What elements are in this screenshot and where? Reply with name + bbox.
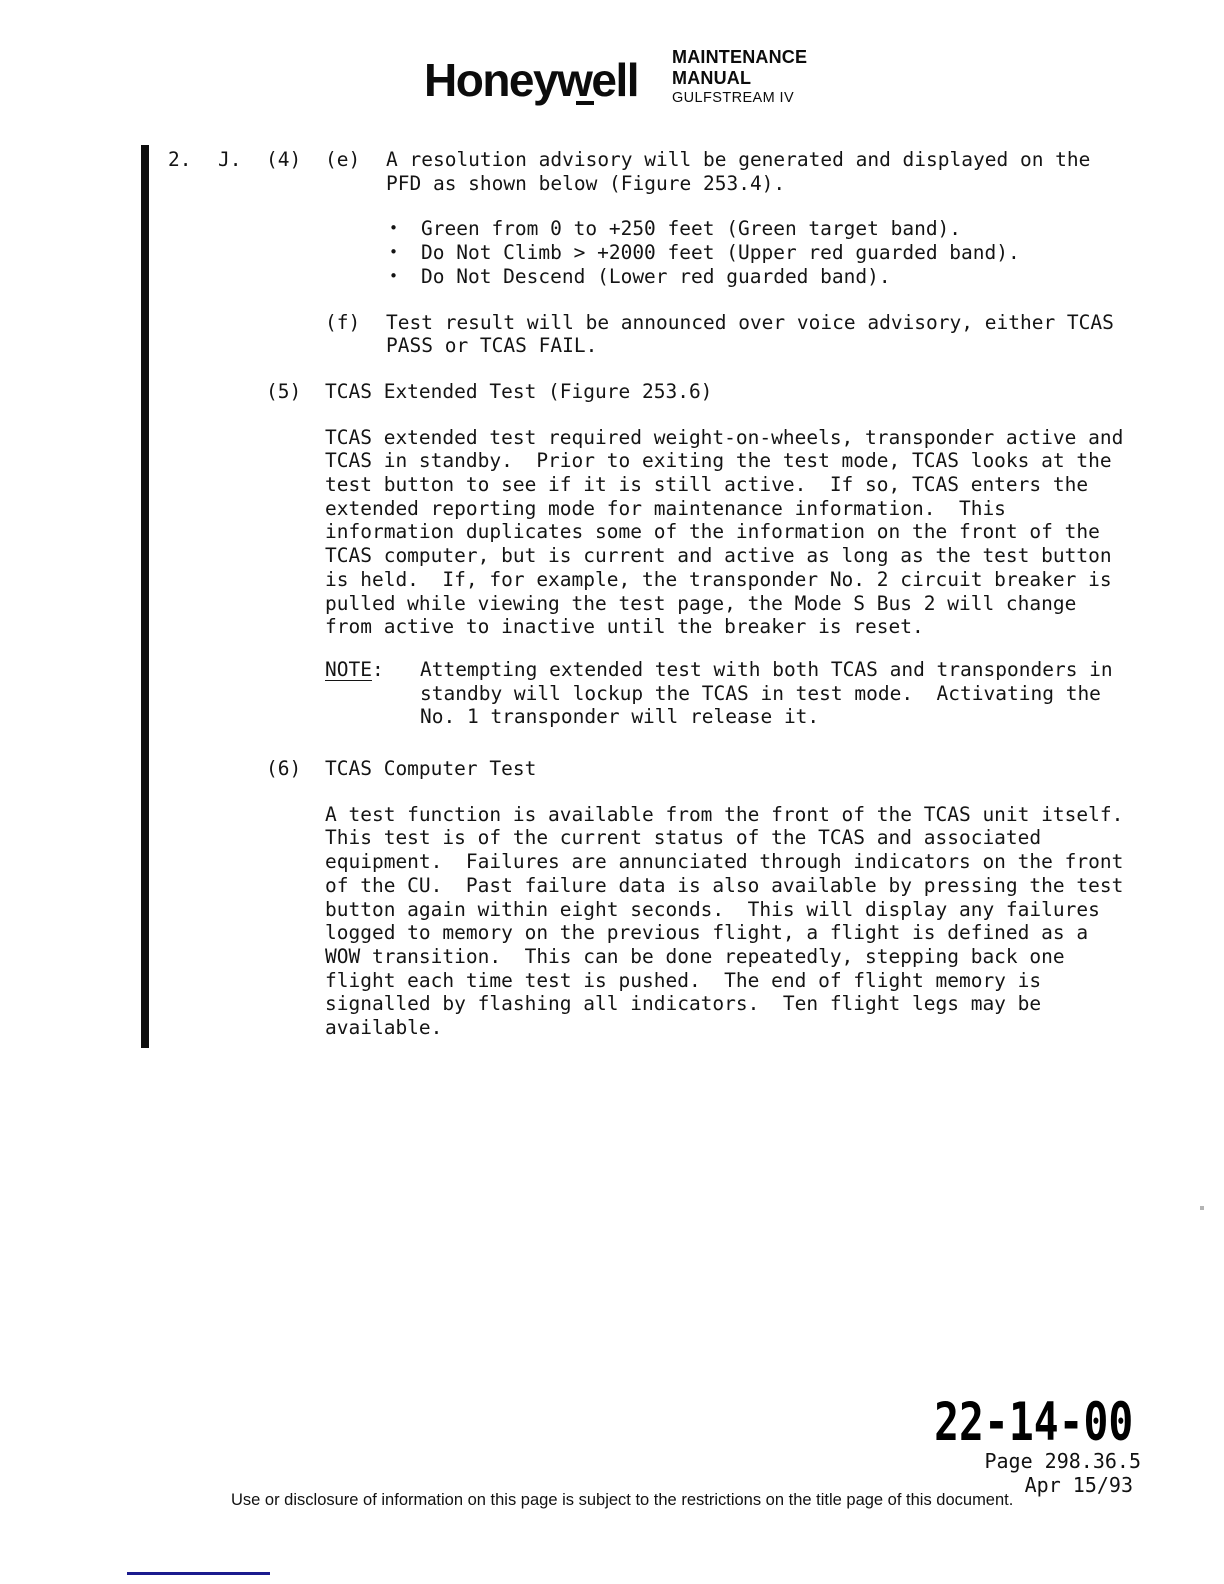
section-5-label: (5) <box>266 380 325 404</box>
note-label: NOTE: <box>325 658 420 729</box>
item-f-row: (f) Test result will be announced over v… <box>0 311 1224 358</box>
sub-item-e-text: A resolution advisory will be generated … <box>386 148 1090 195</box>
section-5-title: TCAS Extended Test (Figure 253.6) <box>325 380 712 404</box>
revision-date: Apr 15/93 <box>1025 1474 1133 1497</box>
disclosure-notice: Use or disclosure of information on this… <box>231 1491 1013 1510</box>
section-6-body: A test function is available from the fr… <box>325 803 1145 1040</box>
section-6-label: (6) <box>266 757 325 781</box>
scan-artifact-dot <box>1200 1206 1204 1210</box>
list-item: • Green from 0 to +250 feet (Green targe… <box>386 217 1224 241</box>
bullet-text: Do Not Climb > +2000 feet (Upper red gua… <box>421 241 1020 265</box>
list-item: • Do Not Descend (Lower red guarded band… <box>386 265 1224 289</box>
item-paragraph: (4) <box>266 148 325 172</box>
doc-type-line1: MAINTENANCE <box>672 47 807 68</box>
page-content: 2. J. (4) (e) A resolution advisory will… <box>0 148 1224 1040</box>
item-letter: J. <box>218 148 266 172</box>
page-number: Page 298.36.5 <box>984 1450 1141 1473</box>
sub-item-e-label: (e) <box>325 148 386 172</box>
section-6-heading: (6) TCAS Computer Test <box>0 757 1224 781</box>
note-colon: : <box>372 658 384 681</box>
bullet-text: Do Not Descend (Lower red guarded band). <box>421 265 891 289</box>
honeywell-logo: Honeywell <box>424 56 638 104</box>
bullet-text: Green from 0 to +250 feet (Green target … <box>421 217 961 241</box>
bullet-list: • Green from 0 to +250 feet (Green targe… <box>386 217 1224 288</box>
doc-type-line2: MANUAL <box>672 68 807 89</box>
note-label-underlined: NOTE <box>325 658 372 681</box>
bullet-icon: • <box>386 217 421 241</box>
list-item: • Do Not Climb > +2000 feet (Upper red g… <box>386 241 1224 265</box>
section-5-heading: (5) TCAS Extended Test (Figure 253.6) <box>0 380 1224 404</box>
item-number: 2. <box>168 148 218 172</box>
section-6-title: TCAS Computer Test <box>325 757 536 781</box>
manual-page: Honeywell MAINTENANCE MANUAL GULFSTREAM … <box>0 0 1224 1584</box>
sub-item-f-text: Test result will be announced over voice… <box>386 311 1114 358</box>
bottom-blue-mark <box>127 1572 270 1575</box>
ata-chapter-number: 22-14-00 <box>934 1396 1133 1449</box>
section-5-body: TCAS extended test required weight-on-wh… <box>325 426 1145 639</box>
note-text: Attempting extended test with both TCAS … <box>420 658 1113 729</box>
note-block: NOTE: Attempting extended test with both… <box>0 658 1224 729</box>
bullet-icon: • <box>386 241 421 265</box>
item-e-row: 2. J. (4) (e) A resolution advisory will… <box>0 148 1224 195</box>
document-type-block: MAINTENANCE MANUAL GULFSTREAM IV <box>672 47 807 107</box>
logo-trademark-dash <box>576 101 594 105</box>
sub-item-f-label: (f) <box>325 311 386 335</box>
bullet-icon: • <box>386 265 421 289</box>
aircraft-name: GULFSTREAM IV <box>672 89 807 107</box>
